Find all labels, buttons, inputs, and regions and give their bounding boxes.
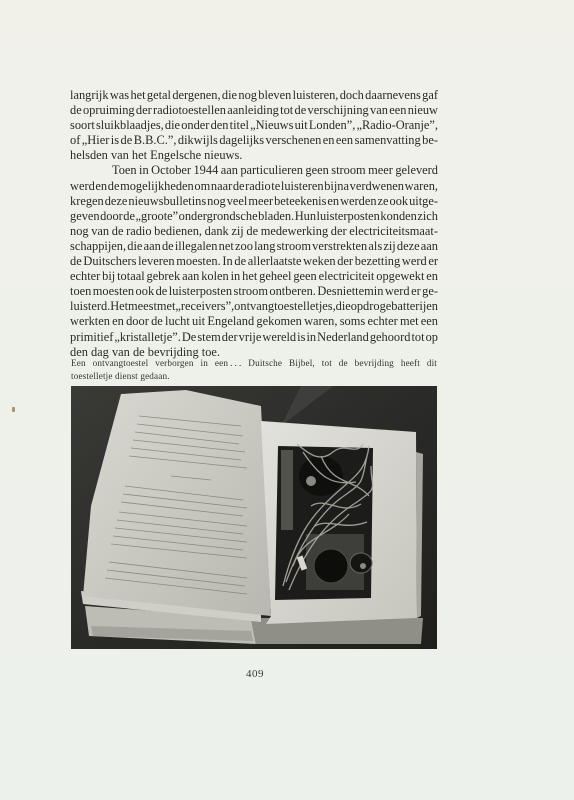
text-line: helsden van het Engelsche nieuws. <box>70 148 438 163</box>
body-text: langrijk was het getal dergenen, die nog… <box>70 88 438 360</box>
caption-line: toestelletje dienst gedaan. <box>71 370 437 383</box>
text-line: werkten en door de lucht uit Engeland ge… <box>70 314 438 329</box>
text-line: toen moesten ook de luisterposten stroom… <box>70 284 438 299</box>
text-line: geven door de „groote” ondergrondsche bl… <box>70 209 438 224</box>
text-line: echter bij totaal gebrek aan kolen in he… <box>70 269 438 284</box>
book-radio-illustration <box>71 386 437 649</box>
text-line: soort sluikblaadjes, die onder den titel… <box>70 118 438 133</box>
caption-line: Een ontvangtoestel verborgen in een . . … <box>71 357 437 370</box>
text-line: de opruiming der radiotoestellen aanleid… <box>70 103 438 118</box>
page-number: 409 <box>246 668 264 680</box>
text-line: luisterd. Het meest met „receivers”, ont… <box>70 299 438 314</box>
figure-caption: Een ontvangtoestel verborgen in een . . … <box>71 357 437 383</box>
book-page: langrijk was het getal dergenen, die nog… <box>0 0 574 800</box>
figure-photo-hidden-radio-in-bible <box>71 386 437 649</box>
text-line: langrijk was het getal dergenen, die nog… <box>70 88 438 103</box>
text-line: de Duitschers leveren moesten. In de all… <box>70 254 438 269</box>
text-line: of „Hier is de B.B.C.”, dikwijls dagelij… <box>70 133 438 148</box>
text-line: werd en de mogelijkheden om naar de radi… <box>70 179 438 194</box>
text-line: nog van de radio bedienen, dank zij de m… <box>70 224 438 239</box>
paragraph-start-line: Toen in October 1944 aan particulieren g… <box>70 163 438 178</box>
text-line: schappijen, die aan de illegalen net zoo… <box>70 239 438 254</box>
paper-speck <box>12 407 15 412</box>
text-line: primitief „kristalletje”. De stem der vr… <box>70 330 438 345</box>
text-line: kregen deze nieuwsbulletins nog veel mee… <box>70 194 438 209</box>
